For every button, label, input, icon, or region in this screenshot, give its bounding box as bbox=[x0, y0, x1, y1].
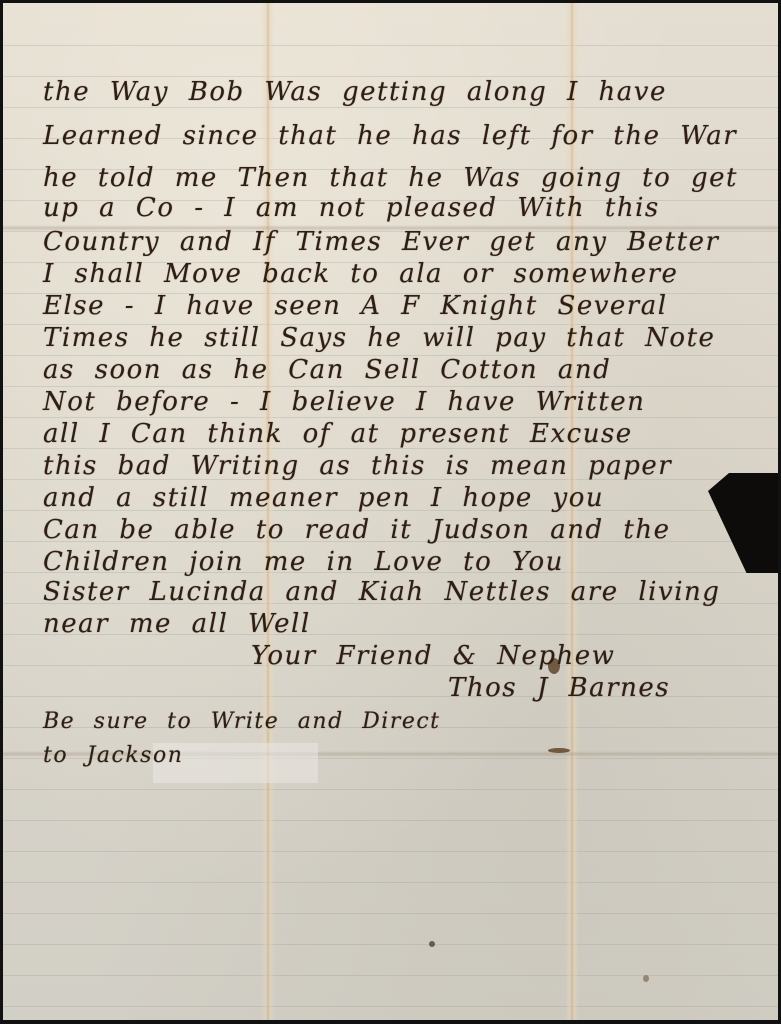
body-line: he told me Then that he Was going to get bbox=[43, 163, 738, 193]
body-line: I shall Move back to ala or somewhere bbox=[43, 259, 678, 289]
postscript-line: to Jackson bbox=[43, 743, 183, 768]
body-line: Times he still Says he will pay that Not… bbox=[43, 323, 715, 353]
body-line: Children join me in Love to You bbox=[43, 547, 564, 577]
body-line: all I Can think of at present Excuse bbox=[43, 419, 633, 449]
body-line: the Way Bob Was getting along I have bbox=[43, 77, 667, 107]
letter-text: the Way Bob Was getting along I have Lea… bbox=[3, 3, 778, 1020]
body-line: and a still meaner pen I hope you bbox=[43, 483, 604, 513]
body-line: up a Co - I am not pleased With this bbox=[43, 193, 660, 223]
postscript-line: Be sure to Write and Direct bbox=[43, 709, 441, 734]
letter-page: the Way Bob Was getting along I have Lea… bbox=[3, 3, 778, 1020]
body-line: Learned since that he has left for the W… bbox=[43, 121, 737, 151]
body-line: Sister Lucinda and Kiah Nettles are livi… bbox=[43, 577, 720, 607]
body-line: Else - I have seen A F Knight Several bbox=[43, 291, 668, 321]
body-line: near me all Well bbox=[43, 609, 311, 639]
body-line: as soon as he Can Sell Cotton and bbox=[43, 355, 611, 385]
body-line: Country and If Times Ever get any Better bbox=[43, 227, 719, 257]
valediction: Your Friend & Nephew bbox=[251, 641, 615, 671]
body-line: Can be able to read it Judson and the bbox=[43, 515, 670, 545]
signature: Thos J Barnes bbox=[448, 673, 670, 703]
body-line: Not before - I believe I have Written bbox=[43, 387, 645, 417]
body-line: this bad Writing as this is mean paper bbox=[43, 451, 672, 481]
